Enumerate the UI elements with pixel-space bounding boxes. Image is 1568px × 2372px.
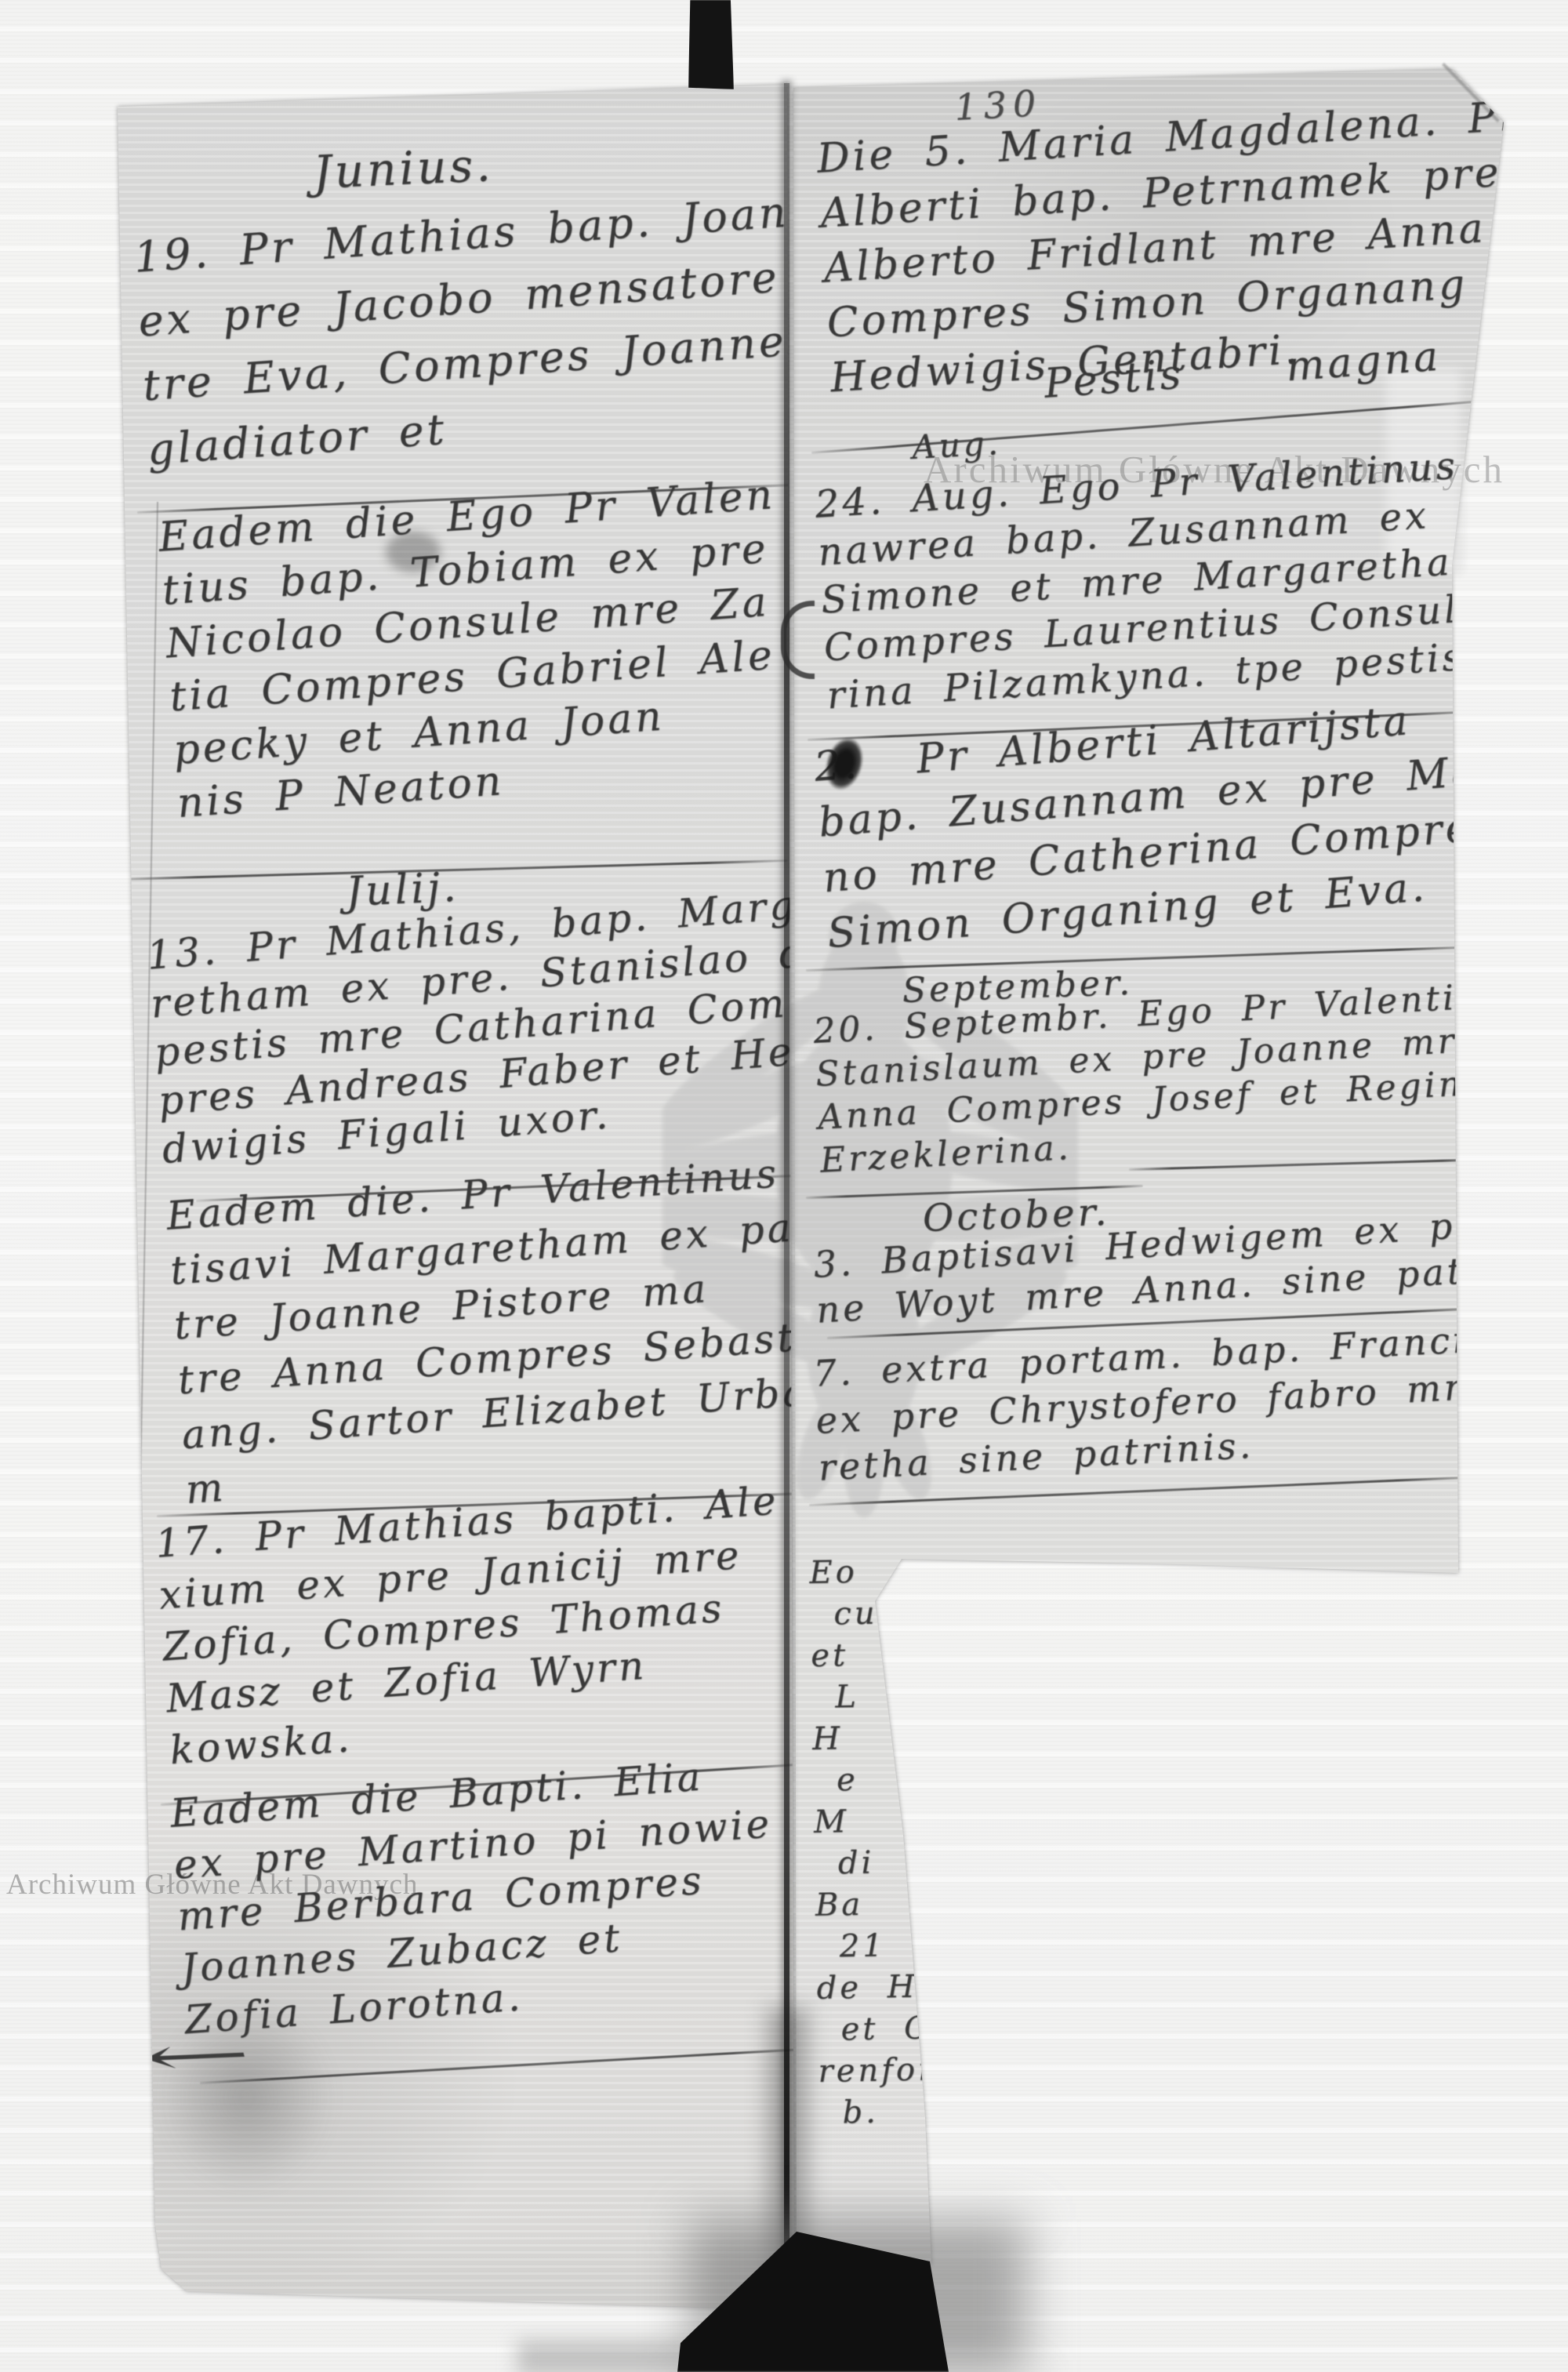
baptism-entry: 13. Pr Mathias, bap. Marga retham ex pre… xyxy=(145,877,847,1174)
month-heading-junius: Junius. xyxy=(312,138,495,199)
baptism-entry: Eadem die Bapti. Elia ex pre Martino pi … xyxy=(169,1746,785,2047)
binding-gutter xyxy=(784,83,789,2310)
scanned-manuscript-page: Archiwum Główne Akt Dawnych Archiwum Głó… xyxy=(0,0,1568,2372)
baptism-entry: 2. Pr Alberti Altarijsta bap. Zusannam e… xyxy=(812,684,1548,962)
scan-edge-smear xyxy=(517,2341,698,2372)
month-heading-aug: Aug. xyxy=(911,423,1002,467)
baptism-entry: Eadem die Ego Pr Valen tius bap. Tobiam … xyxy=(157,468,796,830)
book-strap-top xyxy=(688,0,734,89)
ink-smudge xyxy=(161,2003,333,2192)
ink-smudge xyxy=(386,532,441,572)
baptism-entry: 17. Pr Mathias bapti. Ale xium ex pre Ja… xyxy=(154,1474,795,1776)
